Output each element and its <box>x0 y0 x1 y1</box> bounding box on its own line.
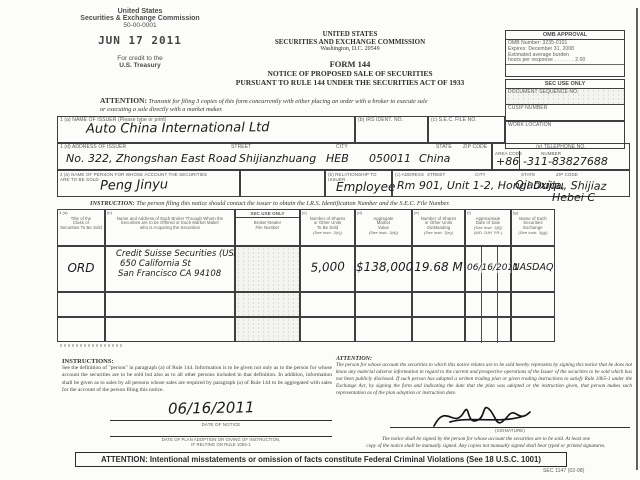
row3-exchange-cell <box>511 317 555 342</box>
header-org2: SECURITIES AND EXCHANGE COMMISSION <box>205 38 495 46</box>
header-org1: UNITED STATES <box>205 30 495 38</box>
issuer-name-value: Auto China International Ltd <box>86 120 270 137</box>
securities-table: 3 (a) Title of the Class of Securities T… <box>57 209 555 342</box>
date-subdivider-6 <box>497 318 498 343</box>
row3-secuse-cell <box>235 317 300 342</box>
attention-top-text: Transmit for filing 3 copies of this for… <box>100 98 428 113</box>
row1-outstanding-cell: 19.68 M <box>412 246 465 292</box>
header-org3: Washington, D.C. 20549 <box>205 46 495 52</box>
seller-relationship-value: Employee <box>336 180 395 194</box>
seller-state-label: STATE <box>521 172 535 177</box>
plan-date-label: DATE OF PLAN ADOPTION OR GIVING OF INSTR… <box>110 438 332 448</box>
date-of-notice-value: 06/16/2011 <box>168 398 255 418</box>
instructions-bottom: INSTRUCTIONS: See the definition of "per… <box>62 358 332 395</box>
seller-name-value: Peng Jinyu <box>100 177 168 193</box>
row2-exchange-cell <box>511 292 555 317</box>
issuer-country-value: China <box>419 152 450 165</box>
issuer-city-label: CITY <box>336 145 348 151</box>
header-class-label: Title of the Class of Securities To Be S… <box>58 217 104 231</box>
date-subdivider-3 <box>481 293 482 318</box>
stamp-credit2: U.S. Treasury <box>55 62 225 69</box>
header-date-sub: (MO. DAY YR.) <box>466 231 510 236</box>
issuer-address-cell: 1 (d) ADDRESS OF ISSUER STREET CITY STAT… <box>57 143 492 170</box>
header-secuse-title: SEC USE ONLY <box>236 210 299 218</box>
issuer-phone-label: (e) TELEPHONE NO. <box>493 144 629 151</box>
row1-outstanding-value: 19.68 M <box>413 247 464 274</box>
issuer-state-label: STATE <box>436 145 452 151</box>
page-title: NOTICE OF PROPOSED SALE OF SECURITIES <box>205 69 495 78</box>
row1-class-cell: ORD <box>57 246 105 292</box>
header-exchange-label: Name of Each Securities Exchange <box>512 217 554 231</box>
seller-zip-label: ZIP CODE <box>556 172 578 177</box>
signature-label: (SIGNATURE) <box>390 428 630 433</box>
row1-broker-line1: Credit Suisse Securities (USA) <box>106 247 234 259</box>
row1-class-value: ORD <box>58 247 104 275</box>
issuer-city-value: Shijianzhuang <box>239 152 316 165</box>
row1-broker-cell: Credit Suisse Securities (USA) 650 Calif… <box>105 246 235 292</box>
stamp-line2: Securities & Exchange Commission <box>55 15 225 22</box>
issuer-street-label: STREET <box>231 145 251 151</box>
row3-outstanding-cell <box>412 317 465 342</box>
issuer-irs-label: (b) IRS IDENT. NO. <box>356 117 427 125</box>
row3-value-cell <box>355 317 412 342</box>
row1-value-cell: $138,000 <box>355 246 412 292</box>
header-value-label: Aggregate Market Value <box>356 217 411 231</box>
stamp-line3: 50-00-0001 <box>55 22 225 29</box>
form-number-title: FORM 144 <box>205 59 495 69</box>
attention-sign-text: The person for whose account the securit… <box>336 362 632 397</box>
date-of-notice-label: DATE OF NOTICE <box>110 422 332 427</box>
header-secuse-cell: SEC USE ONLY Broker-Dealer File Number <box>235 209 300 246</box>
row1-secuse-cell <box>235 246 300 292</box>
signing-note: The notice shall be signed by the person… <box>336 436 636 450</box>
header-broker-label: Name and Address of Each Broker Through … <box>106 217 234 231</box>
omb-title: OMB APPROVAL <box>506 31 624 40</box>
row2-shares-cell <box>300 292 355 317</box>
stamp-credit1: For credit to the <box>55 55 225 62</box>
header-shares-label: Number of Shares or Other Units To Be So… <box>301 217 354 231</box>
footer-warning-bar: ATTENTION: Intentional misstatements or … <box>75 452 567 467</box>
row3-broker-cell <box>105 317 235 342</box>
header-broker-cell: (b) Name and Address of Each Broker Thro… <box>105 209 235 246</box>
header-exchange-note: (See instr. 3(g)) <box>512 231 554 236</box>
instruction-mid-text: The person filing this notice should con… <box>136 200 449 207</box>
header-outstanding-label: Number of Shares or Other Units Outstand… <box>413 217 464 231</box>
row1-broker-line2: 650 California St <box>106 259 234 269</box>
scan-edge-artifact <box>636 8 638 470</box>
row1-exchange-value: NASDAQ <box>512 247 554 273</box>
header-shares-cell: (c) Number of Shares or Other Units To B… <box>300 209 355 246</box>
row2-class-cell <box>57 292 105 317</box>
seller-address-label: (c) ADDRESS <box>395 172 424 177</box>
header-value-note: (See instr. 3(d)) <box>356 231 411 236</box>
row2-secuse-cell <box>235 292 300 317</box>
instructions-bottom-text: See the definition of "person" in paragr… <box>62 365 332 395</box>
date-of-notice-line <box>110 420 332 421</box>
header-class-cell: 3 (a) Title of the Class of Securities T… <box>57 209 105 246</box>
header-value-cell: (d) Aggregate Market Value (See instr. 3… <box>355 209 412 246</box>
omb-burden2: hours per response . . . . . . . 2.00 <box>506 58 624 65</box>
instructions-bottom-label: INSTRUCTIONS: <box>62 358 332 365</box>
row3-date-cell <box>465 317 511 342</box>
issuer-sec-file-cell: (c) S.E.C. FILE NO. <box>428 116 505 143</box>
footer-warning-text: ATTENTION: Intentional misstatements or … <box>101 455 541 464</box>
form-number-footer: SEC 1147 (02-08) <box>543 469 585 475</box>
issuer-zip-value: 050011 <box>369 152 411 165</box>
sec-use-only-box: SEC USE ONLY DOCUMENT SEQUENCE NO. CUSIP… <box>505 79 625 121</box>
issuer-zip-label: ZIP CODE <box>463 145 487 151</box>
sec-use-title: SEC USE ONLY <box>506 80 624 89</box>
form-144-scanned-page: United States Securities & Exchange Comm… <box>0 0 640 480</box>
issuer-state-value: HEB <box>326 152 349 165</box>
date-subdivider-4 <box>497 293 498 318</box>
seller-relationship-cell: (b) RELATIONSHIP TO ISSUER Employee <box>325 170 392 197</box>
row1-broker-line3: San Francisco CA 94108 <box>106 269 234 279</box>
table-footnote-smudge <box>60 344 122 347</box>
form-header: UNITED STATES SECURITIES AND EXCHANGE CO… <box>205 30 495 87</box>
row1-date-cell: 06/16/2011 <box>465 246 511 292</box>
cusip-number-cell: CUSIP NUMBER <box>506 105 624 122</box>
row2-outstanding-cell <box>412 292 465 317</box>
seller-name-cell: 2 (a) NAME OF PERSON FOR WHOSE ACCOUNT T… <box>57 170 240 197</box>
issuer-number-value: -311-83827688 <box>523 155 608 168</box>
issuer-area-value: +86 <box>496 155 519 168</box>
row3-class-cell <box>57 317 105 342</box>
attention-top: ATTENTION: Transmit for filing 3 copies … <box>100 96 500 114</box>
document-sequence-cell: DOCUMENT SEQUENCE NO. <box>506 89 624 105</box>
header-outstanding-note: (See instr. 3(e)) <box>413 231 464 236</box>
issuer-phone-cell: (e) TELEPHONE NO. AREA CODE NUMBER +86 -… <box>492 143 630 170</box>
header-outstanding-cell: (e) Number of Shares or Other Units Outs… <box>412 209 465 246</box>
issuer-name-cell: 1 (a) NAME OF ISSUER (Please type or pri… <box>57 116 355 143</box>
header-broker-dealer-label: Broker-Dealer File Number <box>236 218 299 231</box>
omb-approval-box: OMB APPROVAL OMB Number: 3235-0101 Expir… <box>505 30 625 77</box>
date-subdivider-5 <box>481 318 482 343</box>
header-shares-note: (See instr. 3(c)) <box>301 231 354 236</box>
stamp-date: JUN 17 2011 <box>55 34 225 47</box>
row3-shares-cell <box>300 317 355 342</box>
issuer-street-value: No. 322, Zhongshan East Road <box>66 152 236 165</box>
row2-broker-cell <box>105 292 235 317</box>
header-date-cell: (f) Approximate Date of Sale (See instr.… <box>465 209 511 246</box>
issuer-irs-cell: (b) IRS IDENT. NO. <box>355 116 428 143</box>
attention-top-label: ATTENTION: <box>100 96 147 105</box>
row1-value-value: $138,000 <box>356 247 411 274</box>
header-exchange-cell: (g) Name of Each Securities Exchange (Se… <box>511 209 555 246</box>
instruction-mid: INSTRUCTION: The person filing this noti… <box>90 200 560 207</box>
seller-street-label: STREET <box>427 172 445 177</box>
row1-shares-cell: 5,000 <box>300 246 355 292</box>
row2-value-cell <box>355 292 412 317</box>
row2-date-cell <box>465 292 511 317</box>
row1-shares-value: 5,000 <box>301 246 355 275</box>
attention-sign-block: ATTENTION: The person for whose account … <box>336 356 632 397</box>
row1-exchange-cell: NASDAQ <box>511 246 555 292</box>
work-location-label: WORK LOCATION <box>506 122 624 130</box>
page-subtitle: PURSUANT TO RULE 144 UNDER THE SECURITIE… <box>205 78 495 87</box>
seller-city-label: CITY <box>475 172 486 177</box>
instruction-mid-label: INSTRUCTION: <box>90 200 135 207</box>
stamp-line1: United States <box>55 8 225 15</box>
issuer-address-label: 1 (d) ADDRESS OF ISSUER <box>60 145 126 151</box>
issuer-sec-file-label: (c) S.E.C. FILE NO. <box>429 117 504 125</box>
seller-blank-cell <box>240 170 325 197</box>
sec-receipt-stamp: United States Securities & Exchange Comm… <box>55 8 225 69</box>
